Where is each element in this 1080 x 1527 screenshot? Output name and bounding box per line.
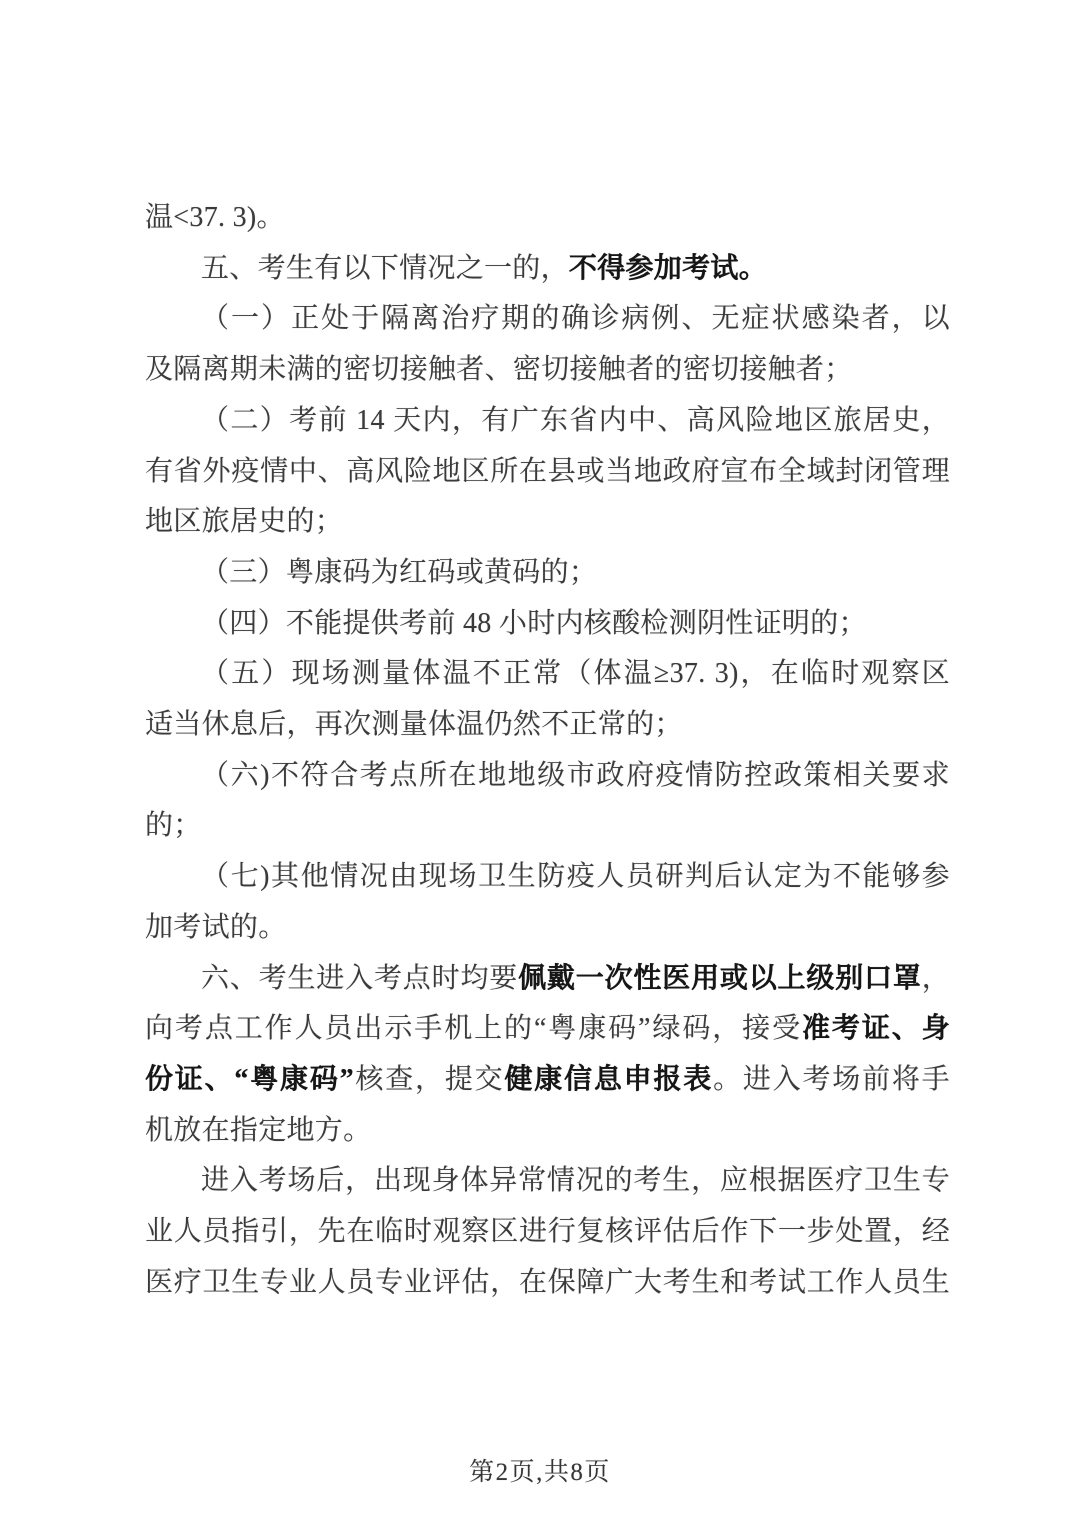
para-sub-item-3: （三）粤康码为红码或黄码的； [145,548,950,599]
text-segment: 有省外疫情中、高风险地区所在县或当地政府宣布全域封闭管理 [145,456,950,487]
bold-text-segment: 份证、“粤康码” [145,1064,354,1095]
text-segment: 及隔离期未满的密切接触者、密切接触者的密切接触者； [145,354,853,385]
text-segment: 五、考生有以下情况之一的， [201,253,569,284]
text-line: （三）粤康码为红码或黄码的； [145,548,950,599]
text-line: 份证、“粤康码”核查，提交健康信息申报表。进入考场前将手 [145,1055,950,1106]
text-line: 有省外疫情中、高风险地区所在县或当地政府宣布全域封闭管理 [145,447,950,498]
text-line: 加考试的。 [145,903,950,954]
para-sub-item-5: （五）现场测量体温不正常（体温≥37. 3)，在临时观察区适当休息后，再次测量体… [145,649,950,750]
para-sub-item-2: （二）考前 14 天内，有广东省内中、高风险地区旅居史，有省外疫情中、高风险地区… [145,396,950,548]
bold-text-segment: 不得参加考试。 [569,253,767,284]
text-segment: （一）正处于隔离治疗期的确诊病例、无症状感染者，以 [201,303,950,334]
text-segment: 核查，提交 [354,1064,505,1095]
para-sub-item-7: （七)其他情况由现场卫生防疫人员研判后认定为不能够参加考试的。 [145,852,950,953]
text-line: 业人员指引，先在临时观察区进行复核评估后作下一步处置，经 [145,1207,950,1258]
para-item-6-mask-rules: 六、考生进入考点时均要佩戴一次性医用或以上级别口罩，向考点工作人员出示手机上的“… [145,954,950,1157]
text-segment: 机放在指定地方。 [145,1115,371,1146]
text-segment: （七)其他情况由现场卫生防疫人员研判后认定为不能够参 [201,861,950,892]
text-line: （一）正处于隔离治疗期的确诊病例、无症状感染者，以 [145,294,950,345]
text-line: （四）不能提供考前 48 小时内核酸检测阴性证明的； [145,599,950,650]
text-segment: 加考试的。 [145,912,287,943]
para-sub-item-1: （一）正处于隔离治疗期的确诊病例、无症状感染者，以及隔离期未满的密切接触者、密切… [145,294,950,395]
text-line: 的； [145,801,950,852]
text-segment: ， [922,963,950,994]
text-segment: 的； [145,810,202,841]
text-segment: （四）不能提供考前 48 小时内核酸检测阴性证明的； [201,608,867,639]
text-segment: 适当休息后，再次测量体温仍然不正常的； [145,709,683,740]
text-line: 向考点工作人员出示手机上的“粤康码”绿码，接受准考证、身 [145,1004,950,1055]
text-segment: 。进入考场前将手 [713,1064,950,1095]
text-line: （五）现场测量体温不正常（体温≥37. 3)，在临时观察区 [145,649,950,700]
bold-text-segment: 佩戴一次性医用或以上级别口罩 [518,963,922,994]
para-sub-item-6: （六)不符合考点所在地地级市政府疫情防控政策相关要求的； [145,751,950,852]
text-line: 机放在指定地方。 [145,1106,950,1157]
text-segment: （二）考前 14 天内，有广东省内中、高风险地区旅居史， [201,405,950,436]
text-line: （二）考前 14 天内，有广东省内中、高风险地区旅居史， [145,396,950,447]
text-line: 适当休息后，再次测量体温仍然不正常的； [145,700,950,751]
text-segment: 地区旅居史的； [145,506,343,537]
text-line: （七)其他情况由现场卫生防疫人员研判后认定为不能够参 [145,852,950,903]
text-line: 温<37. 3)。 [145,193,950,244]
document-page: 温<37. 3)。五、考生有以下情况之一的，不得参加考试。（一）正处于隔离治疗期… [0,0,1080,1527]
text-line: 六、考生进入考点时均要佩戴一次性医用或以上级别口罩， [145,954,950,1005]
text-segment: 温<37. 3)。 [145,202,285,233]
text-line: 及隔离期未满的密切接触者、密切接触者的密切接触者； [145,345,950,396]
text-line: 医疗卫生专业人员专业评估，在保障广大考生和考试工作人员生 [145,1258,950,1309]
text-segment: 业人员指引，先在临时观察区进行复核评估后作下一步处置，经 [145,1216,950,1247]
text-segment: 进入考场后，出现身体异常情况的考生，应根据医疗卫生专 [201,1165,950,1196]
text-line: 地区旅居史的； [145,497,950,548]
para-item-5-heading: 五、考生有以下情况之一的，不得参加考试。 [145,244,950,295]
para-temperature-continuation: 温<37. 3)。 [145,193,950,244]
text-segment: （五）现场测量体温不正常（体温≥37. 3)，在临时观察区 [201,658,950,689]
para-sub-item-4: （四）不能提供考前 48 小时内核酸检测阴性证明的； [145,599,950,650]
text-segment: （六)不符合考点所在地地级市政府疫情防控政策相关要求 [201,760,950,791]
text-line: 进入考场后，出现身体异常情况的考生，应根据医疗卫生专 [145,1156,950,1207]
text-segment: （三）粤康码为红码或黄码的； [201,557,597,588]
bold-text-segment: 健康信息申报表 [504,1064,713,1095]
text-line: 五、考生有以下情况之一的，不得参加考试。 [145,244,950,295]
page-number-footer: 第2页,共8页 [0,1452,1080,1488]
text-segment: 六、考生进入考点时均要 [201,963,518,994]
bold-text-segment: 准考证、身 [802,1013,950,1044]
text-line: （六)不符合考点所在地地级市政府疫情防控政策相关要求 [145,751,950,802]
document-body: 温<37. 3)。五、考生有以下情况之一的，不得参加考试。（一）正处于隔离治疗期… [145,193,950,1308]
text-segment: 医疗卫生专业人员专业评估，在保障广大考生和考试工作人员生 [145,1267,950,1298]
para-abnormal-condition: 进入考场后，出现身体异常情况的考生，应根据医疗卫生专业人员指引，先在临时观察区进… [145,1156,950,1308]
text-segment: 向考点工作人员出示手机上的“粤康码”绿码，接受 [145,1013,802,1044]
